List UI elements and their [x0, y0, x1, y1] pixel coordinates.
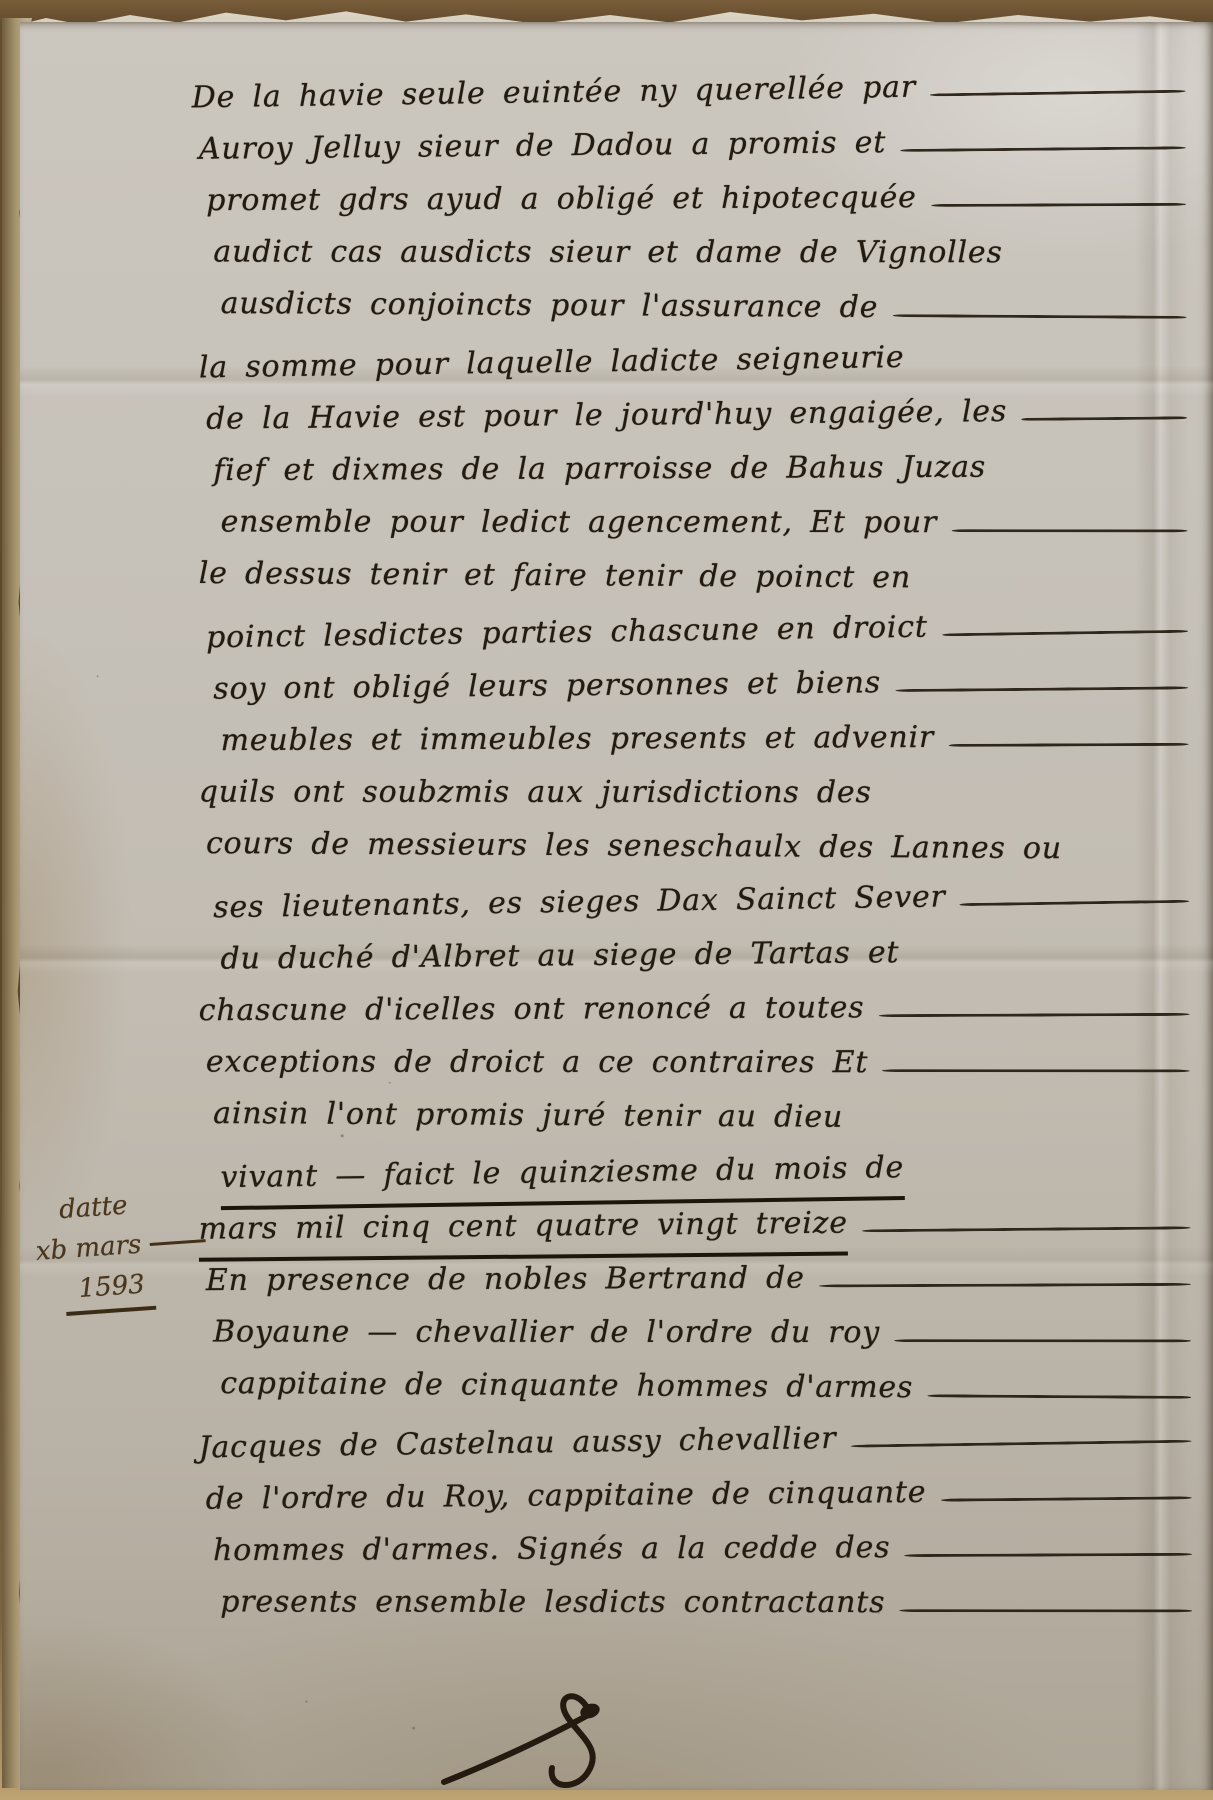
- manuscript-line-text: chascune d'icelles ont renoncé a toutes: [199, 981, 865, 1038]
- manuscript-line-text: ausdicts conjoincts pour l'assurance de: [220, 277, 878, 335]
- manuscript-line: ensemble pour ledict agencement, Et pour: [221, 496, 1194, 551]
- line-filler-dash: [940, 1496, 1192, 1501]
- manuscript-line-text: exceptions de droict a ce contraires Et: [206, 1036, 868, 1091]
- manuscript-line: presents ensemble lesdicts contractants: [220, 1576, 1198, 1631]
- line-filler-dash: [862, 1226, 1191, 1232]
- notary-paraph-flourish: [430, 1678, 710, 1800]
- manuscript-line-text: fief et dixmes de la parroisse de Bahus …: [213, 441, 986, 498]
- manuscript-line-text: De la havie seule euintée ny querellée p…: [191, 61, 916, 126]
- manuscript-line-text: ses lieutenants, es sieges Dax Sainct Se…: [213, 870, 946, 935]
- manuscript-line-text: quils ont soubzmis aux jurisdictions des: [199, 766, 872, 821]
- manuscript-line: Auroy Jelluy sieur de Dadou a promis et: [199, 113, 1192, 177]
- manuscript-line: soy ont obligé leurs personnes et biens: [213, 653, 1194, 716]
- manuscript-text-block: De la havie seule euintée ny querellée p…: [192, 62, 1199, 1632]
- manuscript-line: audict cas ausdicts sieur et dame de Vig…: [213, 226, 1192, 281]
- manuscript-line: de l'ordre du Roy, cappitaine de cinquan…: [206, 1463, 1198, 1527]
- line-filler-dash: [894, 1339, 1191, 1342]
- manuscript-line-text: ensemble pour ledict agencement, Et pour: [221, 496, 938, 551]
- manuscript-line-text: de l'ordre du Roy, cappitaine de cinquan…: [206, 1466, 927, 1527]
- line-filler-dash: [899, 1609, 1192, 1612]
- line-filler-dash: [951, 529, 1187, 532]
- manuscript-line: hommes d'armes. Signés a la cedde des: [213, 1520, 1198, 1578]
- manuscript-line-text: poinct lesdictes parties chascune en dro…: [206, 601, 928, 666]
- manuscript-line-text: le dessus tenir et faire tenir de poinct…: [199, 547, 912, 605]
- manuscript-line-text: Boyaune — chevallier de l'ordre du roy: [213, 1306, 880, 1361]
- line-filler-dash: [1021, 416, 1187, 421]
- manuscript-line-text: ainsin l'ont promis juré tenir au dieu: [213, 1087, 843, 1145]
- manuscript-line: promet gdrs ayud a obligé et hipotecquée: [206, 170, 1192, 228]
- line-filler-dash: [850, 1440, 1191, 1448]
- line-filler-dash: [895, 686, 1188, 692]
- line-filler-dash: [931, 203, 1186, 207]
- margin-note-dash: [149, 1239, 206, 1246]
- line-filler-dash: [942, 630, 1188, 637]
- manuscript-line-text: Jacques de Castelnau aussy chevallier: [198, 1412, 837, 1475]
- manuscript-line-text: de la Havie est pour le jourd'huy engaig…: [206, 385, 1007, 447]
- manuscript-line: du duché d'Albret au siege de Tartas et: [220, 923, 1195, 986]
- line-filler-dash: [960, 900, 1190, 906]
- manuscript-line-text: la somme pour laquelle ladicte seigneuri…: [199, 331, 905, 395]
- manuscript-line-text: meubles et immeubles presents et advenir: [220, 711, 934, 768]
- manuscript-line: fief et dixmes de la parroisse de Bahus …: [213, 440, 1193, 498]
- manuscript-line: de la Havie est pour le jourd'huy engaig…: [206, 383, 1193, 446]
- manuscript-line: exceptions de droict a ce contraires Et: [206, 1036, 1196, 1091]
- manuscript-line-text: presents ensemble lesdicts contractants: [220, 1576, 885, 1631]
- manuscript-line: Boyaune — chevallier de l'ordre du roy: [213, 1306, 1197, 1361]
- line-filler-dash: [819, 1283, 1191, 1288]
- manuscript-line: meubles et immeubles presents et advenir: [220, 710, 1194, 768]
- margin-note-year: 1593: [63, 1264, 156, 1316]
- line-filler-dash: [930, 90, 1186, 97]
- margin-date-note: datte xb mars 1593: [32, 1180, 210, 1318]
- line-filler-dash: [892, 314, 1186, 319]
- manuscript-line-text: cours de messieurs les seneschaulx des L…: [206, 817, 1062, 876]
- manuscript-line-text: En presence de nobles Bertrand de: [206, 1252, 805, 1309]
- line-filler-dash: [948, 743, 1188, 747]
- manuscript-line: quils ont soubzmis aux jurisdictions des: [199, 766, 1195, 821]
- line-filler-dash: [904, 1553, 1192, 1557]
- manuscript-line-text: soy ont obligé leurs personnes et biens: [213, 656, 881, 716]
- manuscript-line: mars mil cinq cent quatre vingt treize: [198, 1193, 1196, 1257]
- margin-note-word-datte: datte: [58, 1185, 129, 1230]
- line-filler-dash: [878, 1013, 1189, 1017]
- manuscript-line: En presence de nobles Bertrand de: [206, 1250, 1197, 1308]
- manuscript-line-text: audict cas ausdicts sieur et dame de Vig…: [213, 226, 1002, 281]
- manuscript-line-text: hommes d'armes. Signés a la cedde des: [213, 1521, 891, 1578]
- manuscript-line-text: cappitaine de cinquante hommes d'armes: [220, 1357, 913, 1415]
- line-filler-dash: [927, 1394, 1191, 1399]
- manuscript-line: chascune d'icelles ont renoncé a toutes: [199, 980, 1196, 1038]
- manuscript-line-text: du duché d'Albret au siege de Tartas et: [220, 926, 899, 987]
- line-filler-dash: [882, 1069, 1190, 1072]
- manuscript-line-text: promet gdrs ayud a obligé et hipotecquée: [206, 171, 917, 228]
- manuscript-line-text: Auroy Jelluy sieur de Dadou a promis et: [199, 116, 887, 177]
- line-filler-dash: [900, 146, 1186, 152]
